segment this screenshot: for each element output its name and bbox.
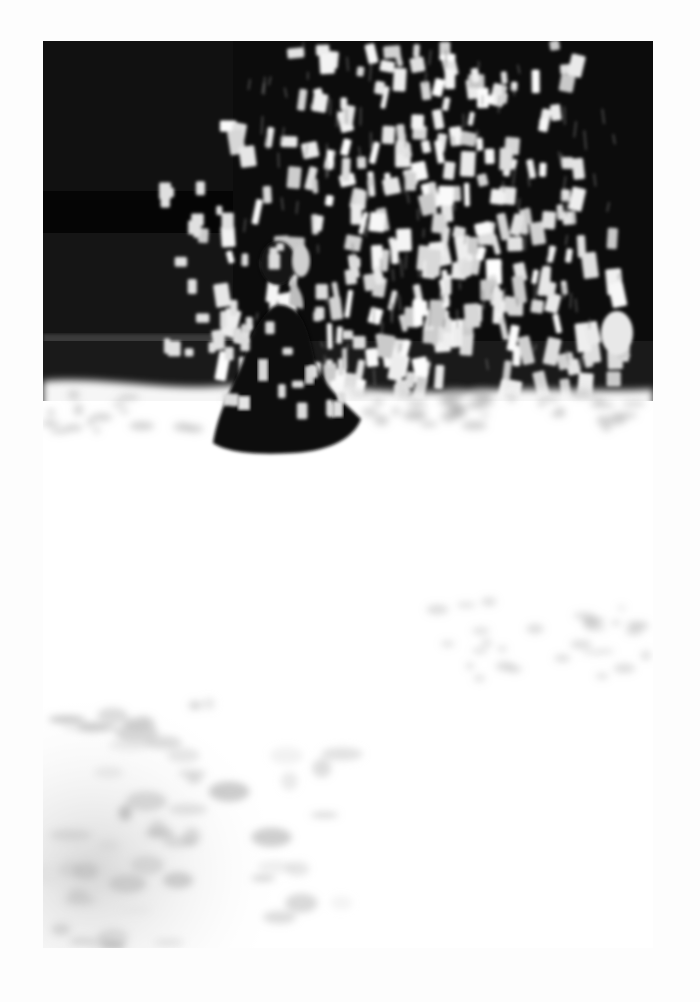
- photograph: [43, 41, 653, 948]
- wall-band: [43, 191, 233, 233]
- photo-scene: [43, 41, 653, 948]
